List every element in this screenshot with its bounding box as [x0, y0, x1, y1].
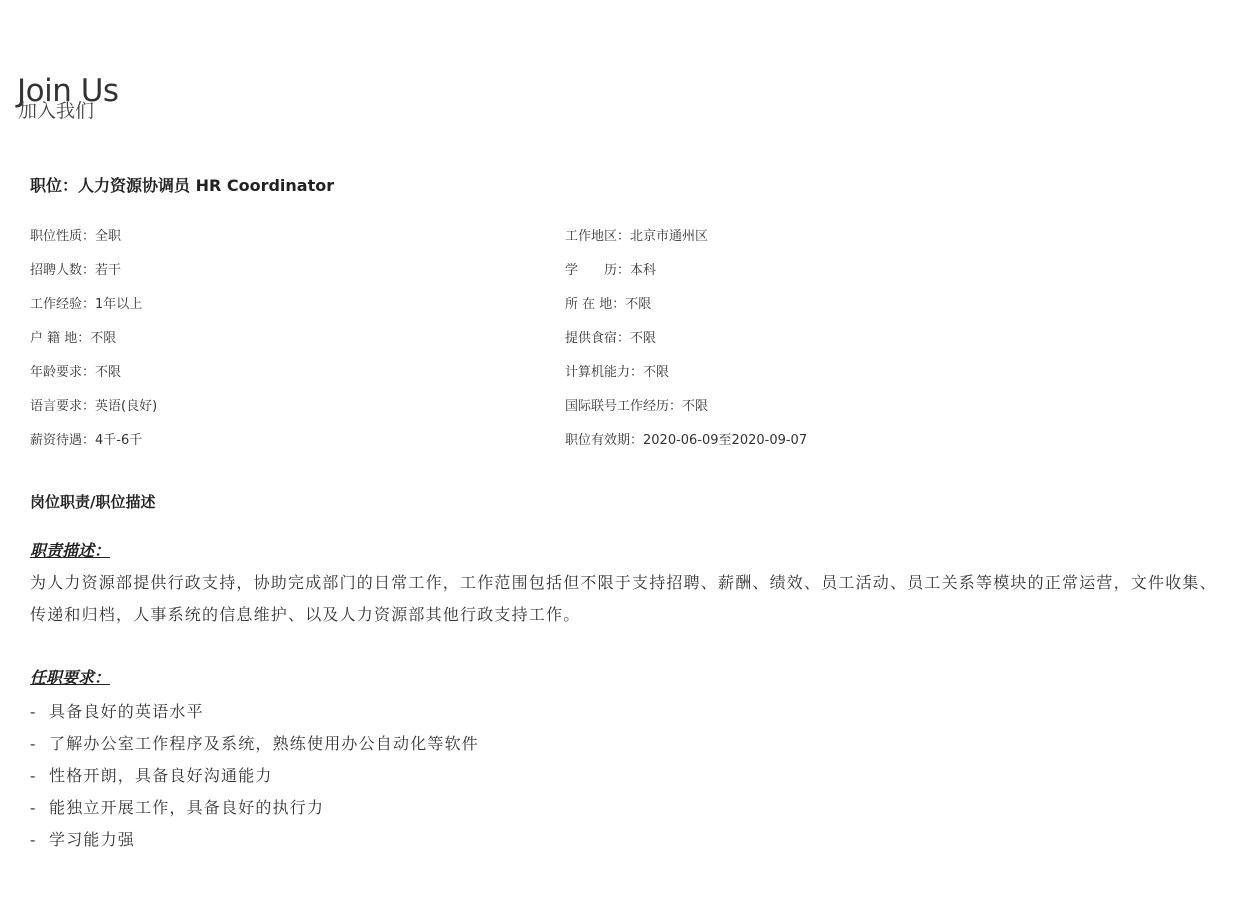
info-language: 语言要求：英语(良好) — [30, 390, 565, 424]
list-item: -性格开朗，具备良好沟通能力 — [30, 760, 479, 792]
dash-bullet: - — [30, 824, 49, 856]
job-info-grid: 职位性质：全职 工作地区：北京市通州区 招聘人数：若干 学 历：本科 工作经验：… — [30, 220, 1230, 458]
info-work-area: 工作地区：北京市通州区 — [565, 220, 1165, 254]
duty-text: 为人力资源部提供行政支持，协助完成部门的日常工作，工作范围包括但不限于支持招聘、… — [30, 567, 1225, 631]
list-item: -学习能力强 — [30, 824, 479, 856]
job-title: 职位：人力资源协调员 HR Coordinator — [30, 175, 334, 197]
info-headcount: 招聘人数：若干 — [30, 254, 565, 288]
info-hukou: 户 籍 地：不限 — [30, 322, 565, 356]
requirement-text: 性格开朗，具备良好沟通能力 — [49, 766, 273, 785]
section-title-description: 岗位职责/职位描述 — [30, 491, 155, 513]
requirement-text: 具备良好的英语水平 — [49, 702, 204, 721]
info-experience: 工作经验：1年以上 — [30, 288, 565, 322]
requirements-heading: 任职要求： — [30, 666, 110, 690]
requirement-text: 学习能力强 — [49, 830, 135, 849]
info-computer-skills: 计算机能力：不限 — [565, 356, 1165, 390]
info-education: 学 历：本科 — [565, 254, 1165, 288]
info-accommodation: 提供食宿：不限 — [565, 322, 1165, 356]
info-job-type: 职位性质：全职 — [30, 220, 565, 254]
requirement-text: 了解办公室工作程序及系统，熟练使用办公自动化等软件 — [49, 734, 479, 753]
page-subtitle: 加入我们 — [18, 98, 94, 124]
info-age: 年龄要求：不限 — [30, 356, 565, 390]
dash-bullet: - — [30, 792, 49, 824]
list-item: -了解办公室工作程序及系统，熟练使用办公自动化等软件 — [30, 728, 479, 760]
dash-bullet: - — [30, 728, 49, 760]
requirement-text: 能独立开展工作，具备良好的执行力 — [49, 798, 324, 817]
duty-heading: 职责描述： — [30, 539, 110, 563]
info-validity: 职位有效期：2020-06-09至2020-09-07 — [565, 424, 1165, 458]
dash-bullet: - — [30, 760, 49, 792]
list-item: -能独立开展工作，具备良好的执行力 — [30, 792, 479, 824]
dash-bullet: - — [30, 696, 49, 728]
info-intl-experience: 国际联号工作经历：不限 — [565, 390, 1165, 424]
requirements-list: -具备良好的英语水平 -了解办公室工作程序及系统，熟练使用办公自动化等软件 -性… — [30, 696, 479, 856]
list-item: -具备良好的英语水平 — [30, 696, 479, 728]
info-salary: 薪资待遇：4千-6千 — [30, 424, 565, 458]
info-location: 所 在 地：不限 — [565, 288, 1165, 322]
